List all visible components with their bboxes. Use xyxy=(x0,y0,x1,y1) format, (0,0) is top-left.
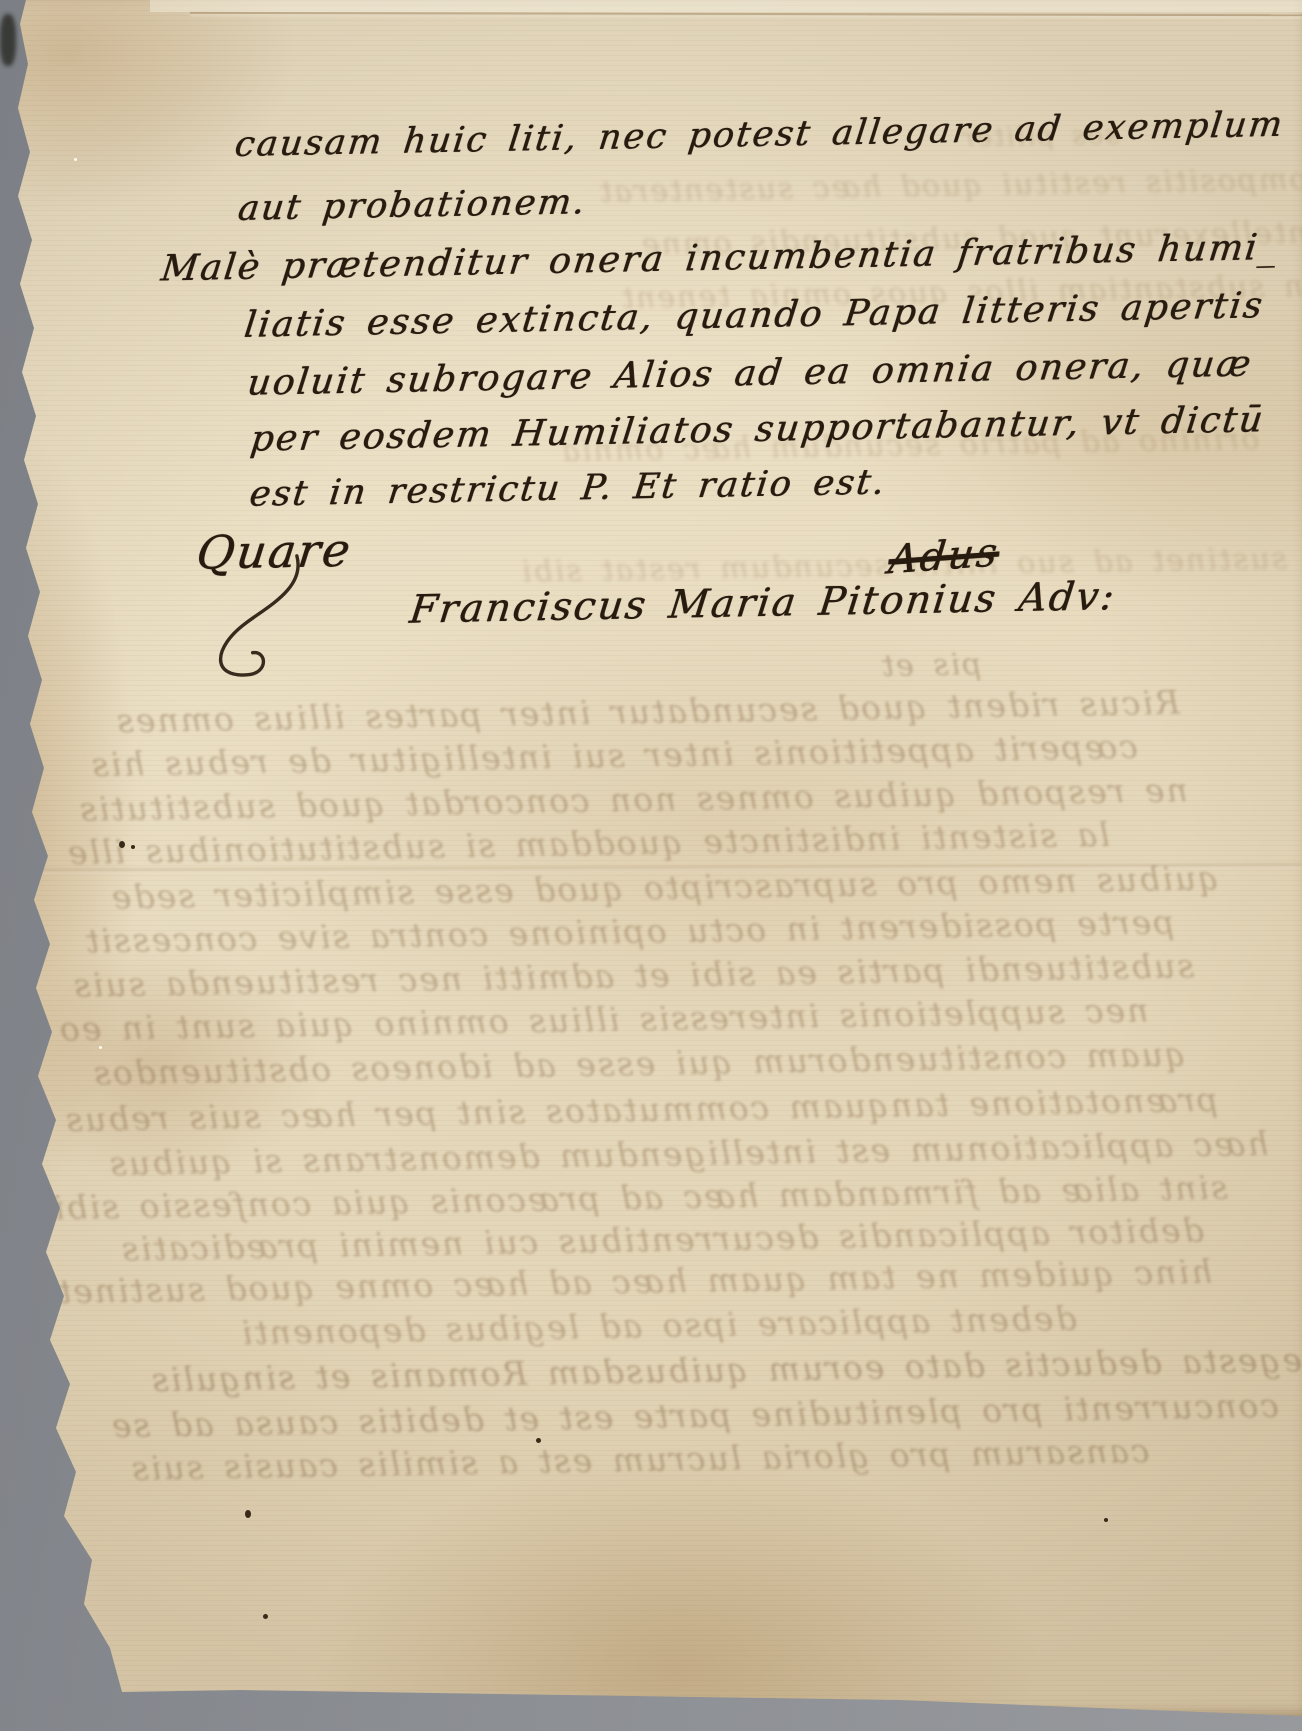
quare-flourish xyxy=(201,553,333,685)
table-shadow xyxy=(0,14,16,66)
bleedthrough-line: pis et xyxy=(880,647,982,684)
manuscript-line: per eosdem Humiliatos supportabantur, vt… xyxy=(248,399,1267,460)
paper-fleck xyxy=(74,158,77,161)
photograph-of-manuscript: sos piliter genealibus ea compositis res… xyxy=(0,0,1302,1731)
ink-speck xyxy=(131,845,135,849)
ink-speck xyxy=(536,1438,541,1443)
signature: Franciscus Maria Pitonius Adv: xyxy=(407,574,1118,633)
ink-speck xyxy=(1104,1518,1108,1522)
manuscript-line: est in restrictu P. Et ratio est. xyxy=(247,462,888,514)
manuscript-line: Malè prætenditur onera incumbentia fratr… xyxy=(159,227,1282,290)
manuscript-line: aut probationem. xyxy=(236,182,589,229)
signature-struck-word: Adus xyxy=(886,530,1001,584)
ink-speck xyxy=(119,841,125,848)
manuscript-line: liatis esse extincta, quando Papa litter… xyxy=(242,285,1266,346)
ink-speck xyxy=(263,1614,268,1619)
manuscript-line: causam huic liti, nec potest allegare ad… xyxy=(233,105,1287,165)
manuscript-page: sos piliter genealibus ea compositis res… xyxy=(0,0,1302,1718)
ink-speck xyxy=(245,1510,251,1518)
paper-fleck xyxy=(99,1046,102,1049)
manuscript-line: uoluit subrogare Alios ad ea omnia onera… xyxy=(245,343,1255,403)
